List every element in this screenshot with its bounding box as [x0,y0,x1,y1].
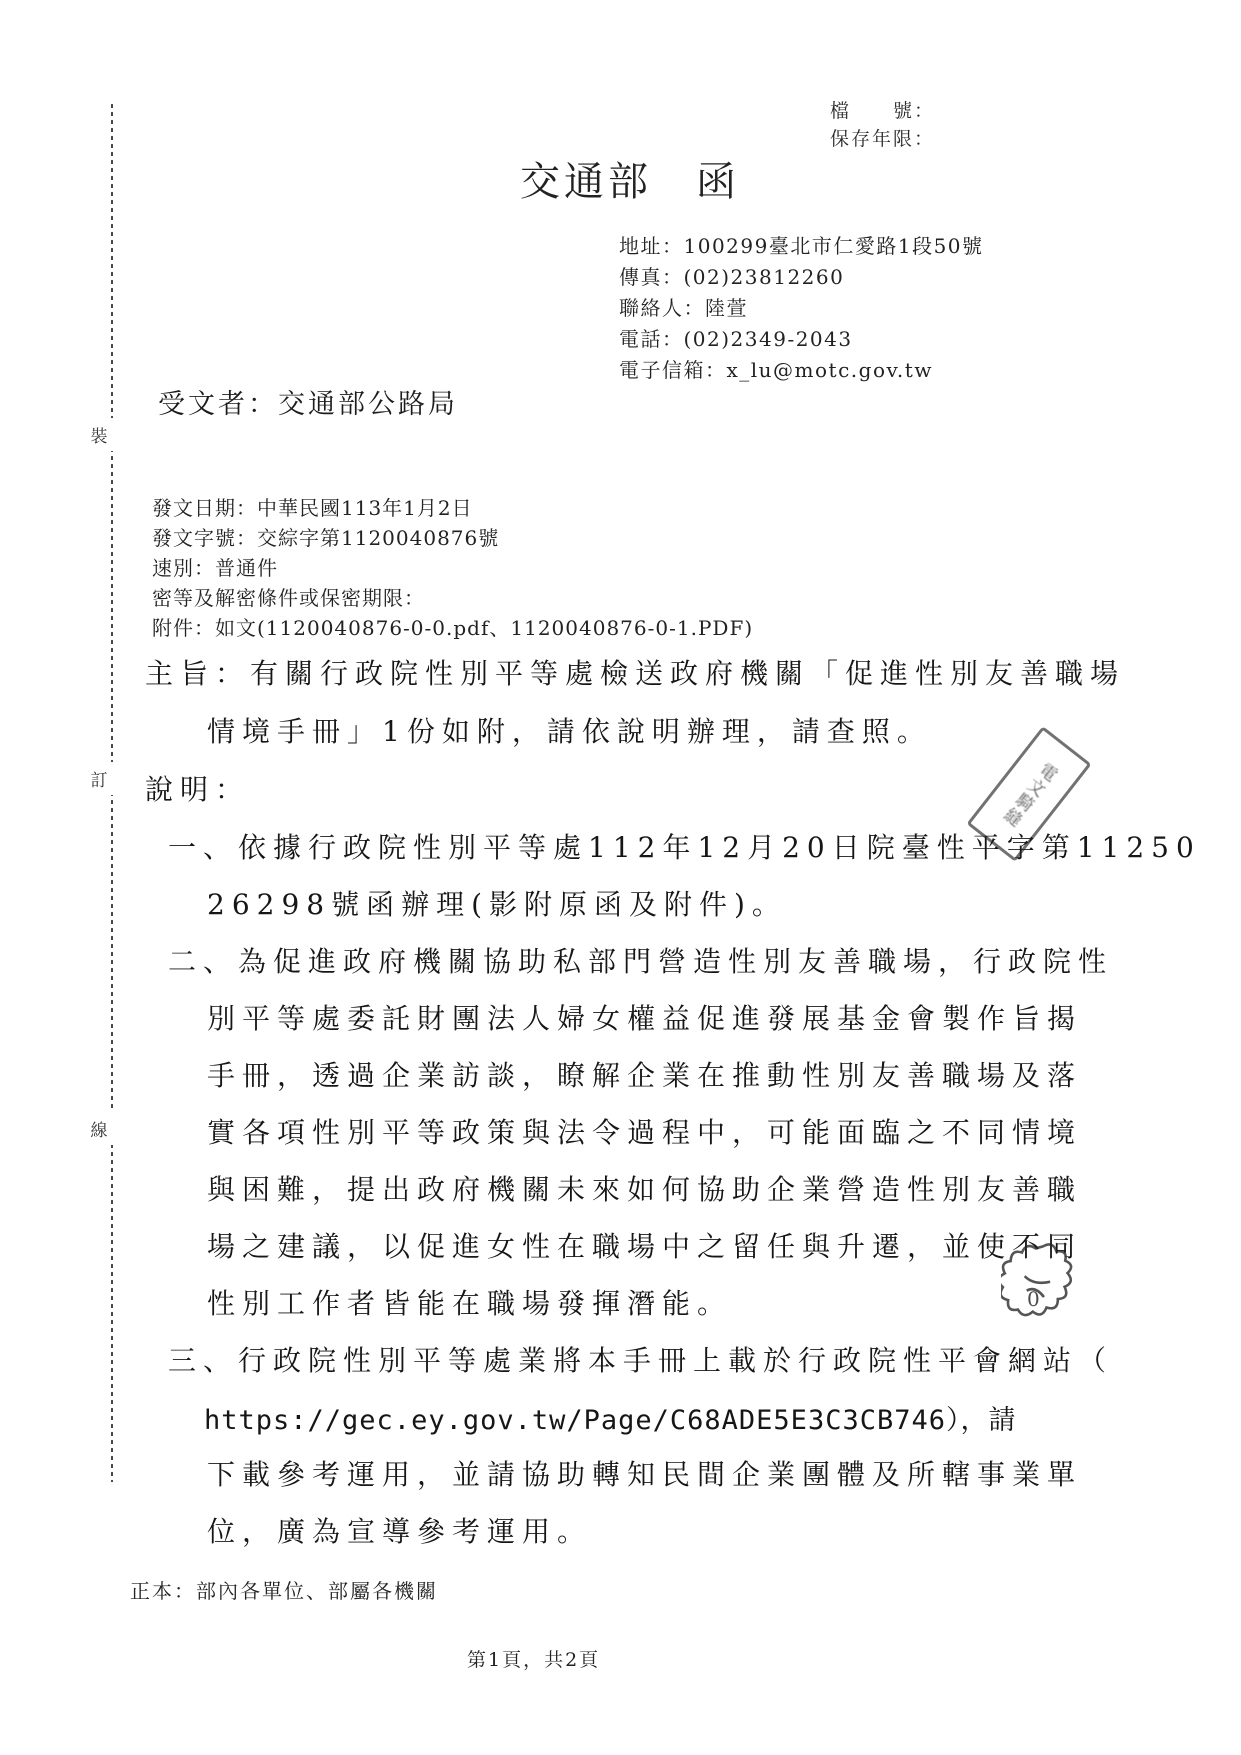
item3-line-3: 下載參考運用，並請協助轉知民間企業團體及所轄事業單 [207,1453,1082,1493]
speed-level-line: 速別：普通件 [152,552,278,581]
flower-stamp-text: 0 [1027,1287,1040,1311]
binding-label-zhuang: 裝 [84,418,114,451]
sender-address: 地址：100299臺北市仁愛路1段50號 [619,230,984,259]
sender-email: 電子信箱：x_lu@motc.gov.tw [619,354,933,383]
sender-contact: 聯絡人：陸萱 [619,292,748,321]
flower-stamp: 0 [1001,1240,1073,1342]
page-title: 交通部 函 [520,150,740,207]
attachment-line: 附件：如文(1120040876-0-0.pdf、1120040876-0-1.… [152,612,753,641]
copy-to-line: 正本：部內各單位、部屬各機關 [130,1575,438,1604]
binding-label-xian: 線 [84,1112,114,1145]
binding-label-ding: 訂 [84,762,114,795]
issue-date-line: 發文日期：中華民國113年1月2日 [152,492,473,521]
item2-line-4: 實各項性別平等政策與法令過程中，可能面臨之不同情境 [207,1111,1082,1151]
retention-label: 保存年限： [830,124,935,151]
subject-line-2: 情境手冊」1份如附，請依說明辦理，請查照。 [207,710,932,750]
page-number-footer: 第1頁，共2頁 [467,1645,600,1672]
item1-line-2: 26298號函辦理(影附原函及附件)。 [207,883,787,923]
item2-line-1: 二、為促進政府機關協助私部門營造性別友善職場，行政院性 [168,940,1113,980]
item2-line-3: 手冊，透過企業訪談，瞭解企業在推動性別友善職場及落 [207,1054,1082,1094]
flower-stamp-outline: 0 [1001,1240,1073,1338]
item3-url-line: https://gec.ey.gov.tw/Page/C68ADE5E3C3CB… [204,1398,1016,1437]
explanation-label: 說明： [145,768,250,808]
item2-line-6: 場之建議，以促進女性在職場中之留任與升遷，並使不同 [207,1225,1082,1265]
item2-line-7: 性別工作者皆能在職場發揮潛能。 [207,1282,732,1322]
sender-phone: 電話：(02)2349-2043 [619,323,853,352]
scanned-official-letter: 裝 訂 線 檔 號： 保存年限： 交通部 函 地址：100299臺北市仁愛路1段… [0,0,1241,1755]
doc-number-line: 發文字號：交綜字第1120040876號 [152,522,499,551]
file-number-label: 檔 號： [830,96,935,123]
seam-stamp-text: 電文騎縫 [996,756,1062,831]
sender-fax: 傳真：(02)23812260 [619,261,844,290]
item2-line-2: 別平等處委託財團法人婦女權益促進發展基金會製作旨揭 [207,997,1082,1037]
item3-line-1: 三、行政院性別平等處業將本手冊上載於行政院性平會網站（ [168,1339,1113,1379]
recipient-line: 受文者：交通部公路局 [158,382,458,421]
security-line: 密等及解密條件或保密期限： [152,582,425,611]
item2-line-5: 與困難，提出政府機關未來如何協助企業營造性別友善職 [207,1168,1082,1208]
item1-line-1: 一、依據行政院性別平等處112年12月20日院臺性平字第11250 [168,826,1201,866]
item3-line-4: 位，廣為宣導參考運用。 [207,1510,592,1550]
subject-line-1: 主旨：有關行政院性別平等處檢送政府機關「促進性別友善職場 [145,652,1125,692]
